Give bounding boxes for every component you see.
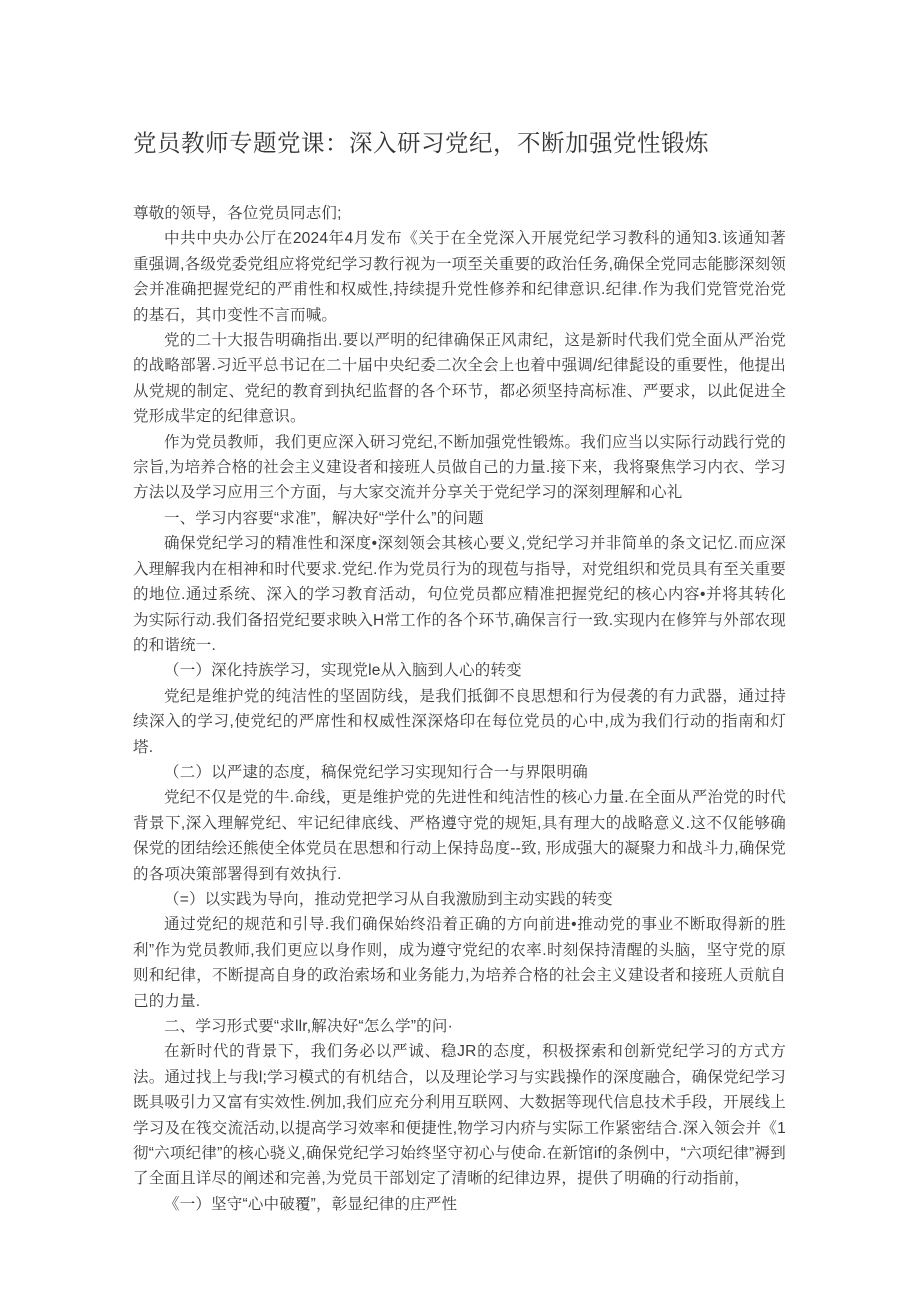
paragraph-new-era-methods: 在新时代的背景下，我们务必以严诚、稳JR的态度，积极探索和创新党纪学习的方式方法… — [133, 1039, 786, 1191]
paragraph-defense-line: 党纪是维护党的纯洁性的坚固防线，是我们抵御不良思想和行为侵袭的有力武器，通过持续… — [133, 684, 786, 760]
salutation: 尊敬的领导，各位党员同志们; — [133, 201, 786, 226]
heading-1-1: （一）深化持族学习，实现党le从入脑到人心的转变 — [133, 658, 786, 683]
heading-1-3: （=）以实践为导向，推动党把学习从自我激励到主动实践的转变 — [133, 887, 786, 912]
paragraph-central-office-notice: 中共中央办公厅在2024年4月发布《关于在全党深入开展党纪学习教科的通知3.该通… — [133, 226, 786, 328]
heading-2-1: 《一）坚守“心中破覆”，彰显纪律的庄严性 — [133, 1192, 786, 1217]
heading-section-2: 二、学习形式要“求llr,解决好“怎么学”的问· — [133, 1014, 786, 1039]
document-page: 党员教师专题党课：深入研习党纪，不断加强党性锻炼 尊敬的领导，各位党员同志们; … — [133, 122, 786, 1217]
paragraph-20th-congress-report: 党的二十大报告明确指出.要以严明的纪律确保正风肃纪，这是新时代我们党全面从严治党… — [133, 328, 786, 430]
paragraph-as-party-teachers: 作为党员教师，我们更应深入研习党纪,不断加强党性锻炼。我们应当以实际行动践行党的… — [133, 430, 786, 506]
heading-section-1: 一、学习内容要“求准”，解决好“学什么”的问题 — [133, 506, 786, 531]
paragraph-practice-oriented: 通过党纪的规范和引导.我们确保始终沿着正确的方向前进•推动党的事业不断取得新的胜… — [133, 912, 786, 1014]
heading-1-2: （二）以严逮的态度，稿保党纪学习实现知行合一与界限明确 — [133, 760, 786, 785]
paragraph-learning-accuracy: 确保党纪学习的精准性和深度•深刻领会其核心要义,党纪学习并非简单的条文记忆.而应… — [133, 531, 786, 658]
document-title: 党员教师专题党课：深入研习党纪，不断加强党性锻炼 — [133, 122, 786, 167]
paragraph-party-lifeline: 党纪不仅是党的牛.命线，更是维护党的先进性和纯洁性的核心力量.在全面从严治党的时… — [133, 785, 786, 887]
